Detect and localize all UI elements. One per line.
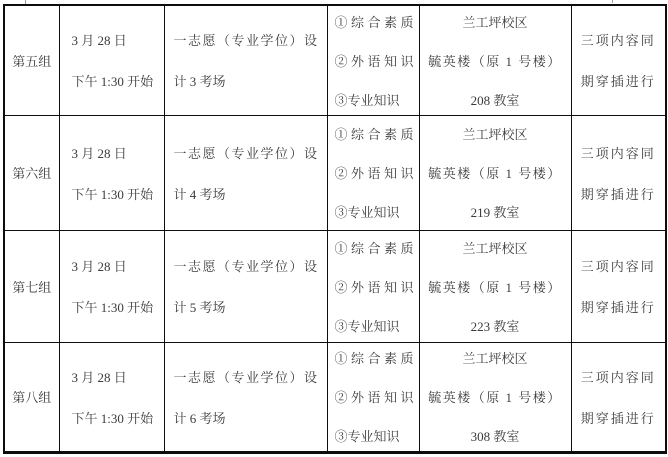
time-line: 下午 1:30 开始 xyxy=(72,71,164,90)
exam-room-line: 计 5 考场 xyxy=(174,297,321,316)
exam-room-cell: 一志愿（专业学位）设 计 6 考场 xyxy=(164,342,327,452)
date-cell: 3 月 28 日 下午 1:30 开始 xyxy=(59,342,164,452)
note-line: 三项内容同 xyxy=(572,143,666,162)
location-cell: 兰工坪校区 毓英楼（原 1 号楼） 308 教室 xyxy=(419,342,571,452)
note-line: 期穿插进行 xyxy=(572,71,666,90)
exam-room-line: 计 4 考场 xyxy=(174,184,321,203)
group-label: 第七组 xyxy=(5,277,59,296)
exam-room-cell: 一志愿（专业学位）设 计 4 考场 xyxy=(164,115,327,230)
campus-line: 兰工坪校区 xyxy=(420,348,571,367)
date-line: 3 月 28 日 xyxy=(72,256,164,275)
exam-room-cell: 一志愿（专业学位）设 计 3 考场 xyxy=(164,5,327,115)
note-cell: 三项内容同 期穿插进行 xyxy=(571,115,666,230)
exam-room-line: 一志愿（专业学位）设 xyxy=(174,256,321,275)
group-cell: 第八组 xyxy=(4,342,59,452)
date-line: 3 月 28 日 xyxy=(72,367,164,386)
location-cell: 兰工坪校区 毓英楼（原 1 号楼） 223 教室 xyxy=(419,230,571,342)
group-cell: 第六组 xyxy=(4,115,59,230)
time-line: 下午 1:30 开始 xyxy=(72,297,164,316)
group-label: 第五组 xyxy=(5,51,59,70)
time-line: 下午 1:30 开始 xyxy=(72,184,164,203)
classroom-line: 308 教室 xyxy=(420,426,571,445)
note-line: 期穿插进行 xyxy=(572,184,666,203)
content-item: ①综合素质 xyxy=(335,238,419,257)
exam-room-line: 一志愿（专业学位）设 xyxy=(174,143,321,162)
group-cell: 第五组 xyxy=(4,5,59,115)
location-cell: 兰工坪校区 毓英楼（原 1 号楼） 219 教室 xyxy=(419,115,571,230)
note-line: 期穿插进行 xyxy=(572,297,666,316)
content-cell: ①综合素质 ②外语知识 ③专业知识 xyxy=(327,230,419,342)
campus-line: 兰工坪校区 xyxy=(420,124,571,143)
date-line: 3 月 28 日 xyxy=(72,143,164,162)
content-cell: ①综合素质 ②外语知识 ③专业知识 xyxy=(327,115,419,230)
exam-room-cell: 一志愿（专业学位）设 计 5 考场 xyxy=(164,230,327,342)
group-label: 第六组 xyxy=(5,163,59,182)
note-cell: 三项内容同 期穿插进行 xyxy=(571,230,666,342)
exam-schedule-page: 第五组 3 月 28 日 下午 1:30 开始 一志愿（专业学位）设 计 3 考… xyxy=(0,0,668,457)
building-line: 毓英楼（原 1 号楼） xyxy=(420,387,571,406)
exam-room-line: 一志愿（专业学位）设 xyxy=(174,30,321,49)
content-item: ③专业知识 xyxy=(335,316,419,335)
table-row: 第五组 3 月 28 日 下午 1:30 开始 一志愿（专业学位）设 计 3 考… xyxy=(4,5,666,115)
date-line: 3 月 28 日 xyxy=(72,30,164,49)
note-line: 三项内容同 xyxy=(572,256,666,275)
classroom-line: 223 教室 xyxy=(420,316,571,335)
date-cell: 3 月 28 日 下午 1:30 开始 xyxy=(59,115,164,230)
content-item: ①综合素质 xyxy=(335,348,419,367)
table-row: 第七组 3 月 28 日 下午 1:30 开始 一志愿（专业学位）设 计 5 考… xyxy=(4,230,666,342)
exam-schedule-table: 第五组 3 月 28 日 下午 1:30 开始 一志愿（专业学位）设 计 3 考… xyxy=(3,4,667,454)
content-item: ②外语知识 xyxy=(335,163,419,182)
group-label: 第八组 xyxy=(5,387,59,406)
classroom-line: 208 教室 xyxy=(420,90,571,109)
building-line: 毓英楼（原 1 号楼） xyxy=(420,163,571,182)
note-cell: 三项内容同 期穿插进行 xyxy=(571,342,666,452)
campus-line: 兰工坪校区 xyxy=(420,12,571,31)
date-cell: 3 月 28 日 下午 1:30 开始 xyxy=(59,5,164,115)
classroom-line: 219 教室 xyxy=(420,202,571,221)
content-cell: ①综合素质 ②外语知识 ③专业知识 xyxy=(327,5,419,115)
note-line: 期穿插进行 xyxy=(572,408,666,427)
date-cell: 3 月 28 日 下午 1:30 开始 xyxy=(59,230,164,342)
content-item: ②外语知识 xyxy=(335,387,419,406)
note-line: 三项内容同 xyxy=(572,367,666,386)
content-item: ①综合素质 xyxy=(335,12,419,31)
exam-room-line: 一志愿（专业学位）设 xyxy=(174,367,321,386)
cropped-table-remnant-line xyxy=(612,0,613,3)
note-cell: 三项内容同 期穿插进行 xyxy=(571,5,666,115)
building-line: 毓英楼（原 1 号楼） xyxy=(420,51,571,70)
content-item: ②外语知识 xyxy=(335,51,419,70)
content-item: ③专业知识 xyxy=(335,90,419,109)
exam-room-line: 计 6 考场 xyxy=(174,408,321,427)
content-item: ②外语知识 xyxy=(335,277,419,296)
content-item: ③专业知识 xyxy=(335,202,419,221)
building-line: 毓英楼（原 1 号楼） xyxy=(420,277,571,296)
table-row: 第六组 3 月 28 日 下午 1:30 开始 一志愿（专业学位）设 计 4 考… xyxy=(4,115,666,230)
content-cell: ①综合素质 ②外语知识 ③专业知识 xyxy=(327,342,419,452)
time-line: 下午 1:30 开始 xyxy=(72,408,164,427)
note-line: 三项内容同 xyxy=(572,30,666,49)
table-row: 第八组 3 月 28 日 下午 1:30 开始 一志愿（专业学位）设 计 6 考… xyxy=(4,342,666,452)
campus-line: 兰工坪校区 xyxy=(420,238,571,257)
exam-room-line: 计 3 考场 xyxy=(174,71,321,90)
content-item: ①综合素质 xyxy=(335,124,419,143)
group-cell: 第七组 xyxy=(4,230,59,342)
content-item: ③专业知识 xyxy=(335,426,419,445)
location-cell: 兰工坪校区 毓英楼（原 1 号楼） 208 教室 xyxy=(419,5,571,115)
